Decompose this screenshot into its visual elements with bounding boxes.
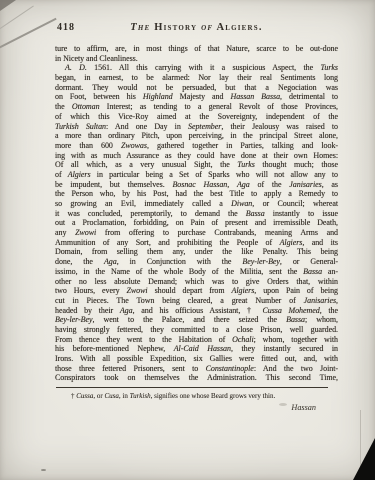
running-title: The History of Algiers.	[55, 22, 338, 33]
text-line: From thence they went to the Habitation …	[55, 335, 338, 345]
page-number: 418	[57, 22, 75, 33]
text-line: more than 600 Zwowas, gathered together …	[55, 141, 338, 151]
text-line: so growing an Evil, immediately called a…	[55, 199, 338, 209]
text-line: Turkish Sultan: And one Day in September…	[55, 122, 338, 132]
page-header: 418 The History of Algiers.	[55, 22, 338, 35]
text-line: on Foot, between his Highland Majesty an…	[55, 92, 338, 102]
text-line: out a Proclamation, forbidding, on Pain …	[55, 218, 338, 228]
text-line: other no less absolute Demand; which was…	[55, 277, 338, 287]
text-line: a more than ordinary Pitch, upon perceiv…	[55, 131, 338, 141]
text-line: Conspirators took on themselves the Admi…	[55, 373, 338, 383]
text-line: Of all which, as a very unusual Sight, t…	[55, 160, 338, 170]
text-line: having strongly fettered, they committed…	[55, 325, 338, 335]
text-line: any Zwowi from offering to purchase Cont…	[55, 228, 338, 238]
text-line: issimo, in the Name of the whole Body of…	[55, 267, 338, 277]
text-line: dormant. They would not be persuaded, bu…	[55, 83, 338, 93]
text-line: his before-mentioned Nephew, Al-Caid Has…	[55, 344, 338, 354]
scanned-book-page: 418 The History of Algiers. ture to affi…	[0, 0, 375, 480]
text-line: Bey-ler-Bey, went to the Palace, and the…	[55, 315, 338, 325]
text-line: be impudent, but themselves. Bosnac Hass…	[55, 180, 338, 190]
footnote: † Cussa, or Cusa, in Turkish, signifies …	[55, 392, 338, 401]
text-line: in Nicety and Cleanliness.	[55, 54, 338, 64]
text-line: Ammunition of any Sort, and prohibiting …	[55, 238, 338, 248]
text-line: done, the Aga, in Conjunction with the B…	[55, 257, 338, 267]
text-line: the Ottoman Interest; as tending to a ge…	[55, 102, 338, 112]
text-block: 418 The History of Algiers. ture to affi…	[55, 22, 338, 412]
text-line: two Hours, every Zwowi should depart fro…	[55, 286, 338, 296]
text-line: of Algiers in particular being a Set of …	[55, 170, 338, 180]
text-line: headed by their Aga, and his officious A…	[55, 306, 338, 316]
text-line: Irons. With all possible Expedition, six…	[55, 354, 338, 364]
text-line: the Person who, by his Post, had the bes…	[55, 189, 338, 199]
text-line: of which this Vice-Roy aimed at the Sove…	[55, 112, 338, 122]
text-line: began, in earnest, to be alarmed: Nor la…	[55, 73, 338, 83]
text-line: Domain, from selling them any, under the…	[55, 247, 338, 257]
text-line: cut in Pieces. The Town being cleared, a…	[55, 296, 338, 306]
text-line: it was concluded, peremptorily, to deman…	[55, 209, 338, 219]
text-line: A. D. 1561. All this carrying with it a …	[55, 63, 338, 73]
text-line: those three fettered Prisoners, sent to …	[55, 364, 338, 374]
body-text: ture to affirm, are, in most things of t…	[55, 44, 338, 383]
scan-speck	[41, 469, 46, 471]
footnote-rule	[56, 387, 328, 388]
text-line: ing with as much Assurance as they could…	[55, 151, 338, 161]
text-line: ture to affirm, are, in most things of t…	[55, 44, 338, 54]
catchword: Hassan	[55, 403, 338, 412]
